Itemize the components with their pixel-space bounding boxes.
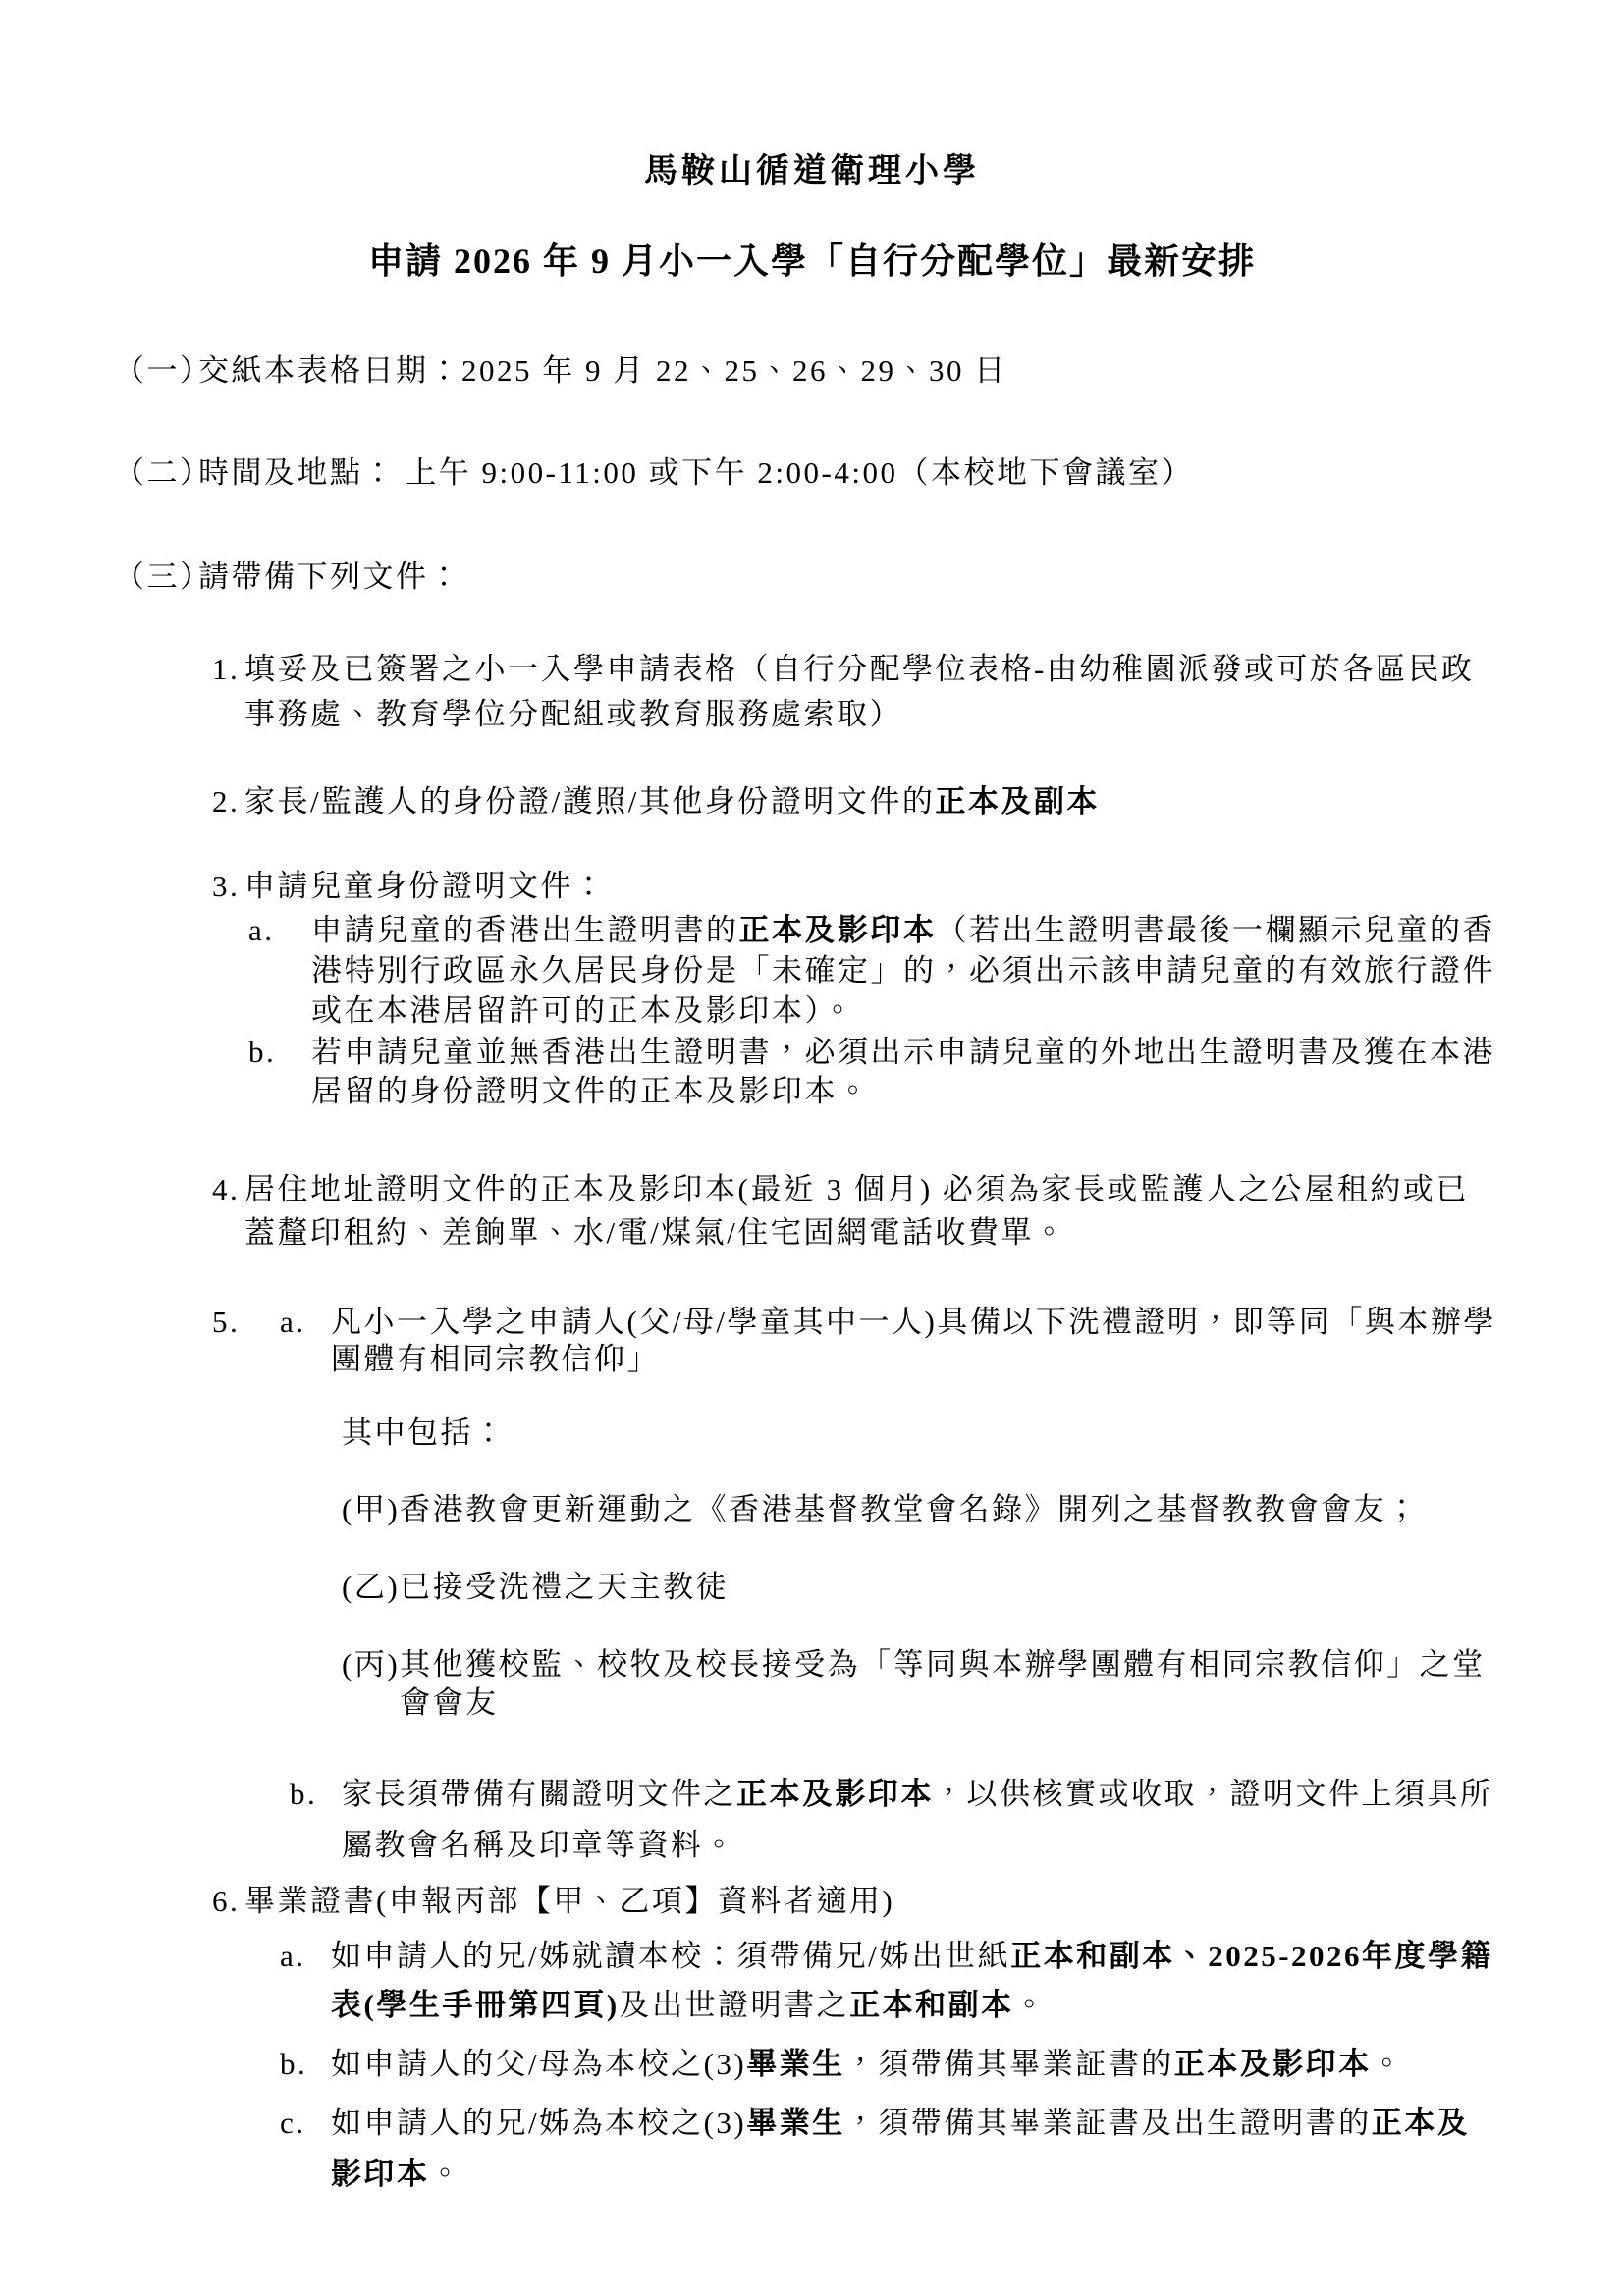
item-6a-marker: a. <box>280 1932 331 1981</box>
include-item-jia: (甲) 香港教會更新運動之《香港基督教堂會名錄》開列之基督教教會會友； <box>342 1487 1496 1532</box>
include-item-bing-text: 其他獲校監、校牧及校長接受為「等同與本辦學團體有相同宗教信仰」之堂會會友 <box>400 1645 1496 1722</box>
document-item-6a: a. 如申請人的兄/姊就讀本校：須帶備兄/姊出世紙正本和副本、2025-2026… <box>280 1932 1496 2030</box>
document-item-3: 3. 申請兒童身份證明文件： <box>212 864 1496 909</box>
item-6c-text: 如申請人的兄/姊為本校之(3)畢業生，須帶備其畢業証書及出生證明書的正本及影印本… <box>331 2098 1496 2200</box>
item-6-marker: 6. <box>212 1879 244 1924</box>
document-item-1: 1. 填妥及已簽署之小一入學申請表格（自行分配學位表格-由幼稚園派發或可於各區民… <box>212 647 1496 737</box>
item-6a-text: 如申請人的兄/姊就讀本校：須帶備兄/姊出世紙正本和副本、2025-2026年度學… <box>331 1932 1496 2030</box>
section-3-documents-heading: （三） 請帶備下列文件： <box>114 555 1496 600</box>
document-item-3b: b. 若申請兒童並無香港出生證明書，必須出示申請兒童的外地出生證明書及獲在本港居… <box>248 1033 1496 1111</box>
item-6c-marker: c. <box>280 2098 331 2149</box>
include-item-yi-text: 已接受洗禮之天主教徒 <box>400 1565 1496 1610</box>
document-item-5b: b. 家長須帶備有關證明文件之正本及影印本，以供核實或收取，證明文件上須具所屬教… <box>290 1769 1496 1871</box>
section-1-submission-dates: （一） 交紙本表格日期：2025 年 9 月 22、25、26、29、30 日 <box>114 348 1496 394</box>
include-item-jia-marker: (甲) <box>342 1487 400 1532</box>
item-4-marker: 4. <box>212 1168 244 1211</box>
section-3-marker: （三） <box>114 555 198 600</box>
section-1-text: 交紙本表格日期：2025 年 9 月 22、25、26、29、30 日 <box>198 348 1496 394</box>
include-heading-text: 其中包括： <box>342 1411 1496 1456</box>
section-2-text: 時間及地點： 上午 9:00-11:00 或下午 2:00-4:00（本校地下會… <box>198 451 1496 496</box>
item-1-text: 填妥及已簽署之小一入學申請表格（自行分配學位表格-由幼稚園派發或可於各區民政事務… <box>244 647 1496 737</box>
item-1-marker: 1. <box>212 647 244 692</box>
section-2-marker: （二） <box>114 451 198 496</box>
item-2-text: 家長/監護人的身份證/護照/其他身份證明文件的正本及副本 <box>244 779 1496 825</box>
section-1-marker: （一） <box>114 348 198 394</box>
include-heading: 其中包括： <box>342 1411 1496 1456</box>
document-item-6c: c. 如申請人的兄/姊為本校之(3)畢業生，須帶備其畢業証書及出生證明書的正本及… <box>280 2098 1496 2200</box>
item-3b-marker: b. <box>248 1033 311 1072</box>
item-3a-text: 申請兒童的香港出生證明書的正本及影印本（若出生證明書最後一欄顯示兒童的香港特別行… <box>311 910 1496 1031</box>
item-3-text: 申請兒童身份證明文件： <box>244 864 1496 909</box>
section-3-text: 請帶備下列文件： <box>198 555 1496 600</box>
document-item-5a: 5. a. 凡小一入學之申請人(父/母/學童其中一人)具備以下洗禮證明，即等同「… <box>212 1304 1496 1378</box>
item-3-marker: 3. <box>212 864 244 909</box>
item-6-text: 畢業證書(申報丙部【甲、乙項】資料者適用) <box>244 1879 1496 1924</box>
document-item-2: 2. 家長/監護人的身份證/護照/其他身份證明文件的正本及副本 <box>212 779 1496 825</box>
document-item-6: 6. 畢業證書(申報丙部【甲、乙項】資料者適用) <box>212 1879 1496 1924</box>
include-item-yi: (乙) 已接受洗禮之天主教徒 <box>342 1565 1496 1610</box>
section-2-time-venue: （二） 時間及地點： 上午 9:00-11:00 或下午 2:00-4:00（本… <box>114 451 1496 496</box>
item-3a-marker: a. <box>248 910 311 950</box>
include-item-bing-marker: (丙) <box>342 1645 400 1683</box>
document-item-3a: a. 申請兒童的香港出生證明書的正本及影印本（若出生證明書最後一欄顯示兒童的香港… <box>248 910 1496 1031</box>
include-item-bing: (丙) 其他獲校監、校牧及校長接受為「等同與本辦學團體有相同宗教信仰」之堂會會友 <box>342 1645 1496 1722</box>
item-6b-marker: b. <box>280 2042 331 2087</box>
item-6b-text: 如申請人的父/母為本校之(3)畢業生，須帶備其畢業証書的正本及影印本。 <box>331 2042 1496 2087</box>
item-2-marker: 2. <box>212 779 244 825</box>
item-5a-text: 凡小一入學之申請人(父/母/學童其中一人)具備以下洗禮證明，即等同「與本辦學團體… <box>331 1304 1496 1378</box>
notice-subtitle: 申請 2026 年 9 月小一入學「自行分配學位」最新安排 <box>0 239 1624 284</box>
item-5b-text: 家長須帶備有關證明文件之正本及影印本，以供核實或收取，證明文件上須具所屬教會名稱… <box>342 1769 1496 1871</box>
item-5b-marker: b. <box>290 1769 342 1820</box>
item-5a-marker: a. <box>280 1304 331 1341</box>
include-item-jia-text: 香港教會更新運動之《香港基督教堂會名錄》開列之基督教教會會友； <box>400 1487 1496 1532</box>
document-item-4: 4. 居住地址證明文件的正本及影印本(最近 3 個月) 必須為家長或監護人之公屋… <box>212 1168 1496 1255</box>
include-item-yi-marker: (乙) <box>342 1565 400 1610</box>
item-3b-text: 若申請兒童並無香港出生證明書，必須出示申請兒童的外地出生證明書及獲在本港居留的身… <box>311 1033 1496 1111</box>
document-page: 馬鞍山循道衛理小學 申請 2026 年 9 月小一入學「自行分配學位」最新安排 … <box>0 0 1624 2296</box>
item-4-text: 居住地址證明文件的正本及影印本(最近 3 個月) 必須為家長或監護人之公屋租約或… <box>244 1168 1496 1255</box>
item-5-marker: 5. <box>212 1304 280 1341</box>
school-name-title: 馬鞍山循道衛理小學 <box>0 149 1624 194</box>
document-item-6b: b. 如申請人的父/母為本校之(3)畢業生，須帶備其畢業証書的正本及影印本。 <box>280 2042 1496 2087</box>
